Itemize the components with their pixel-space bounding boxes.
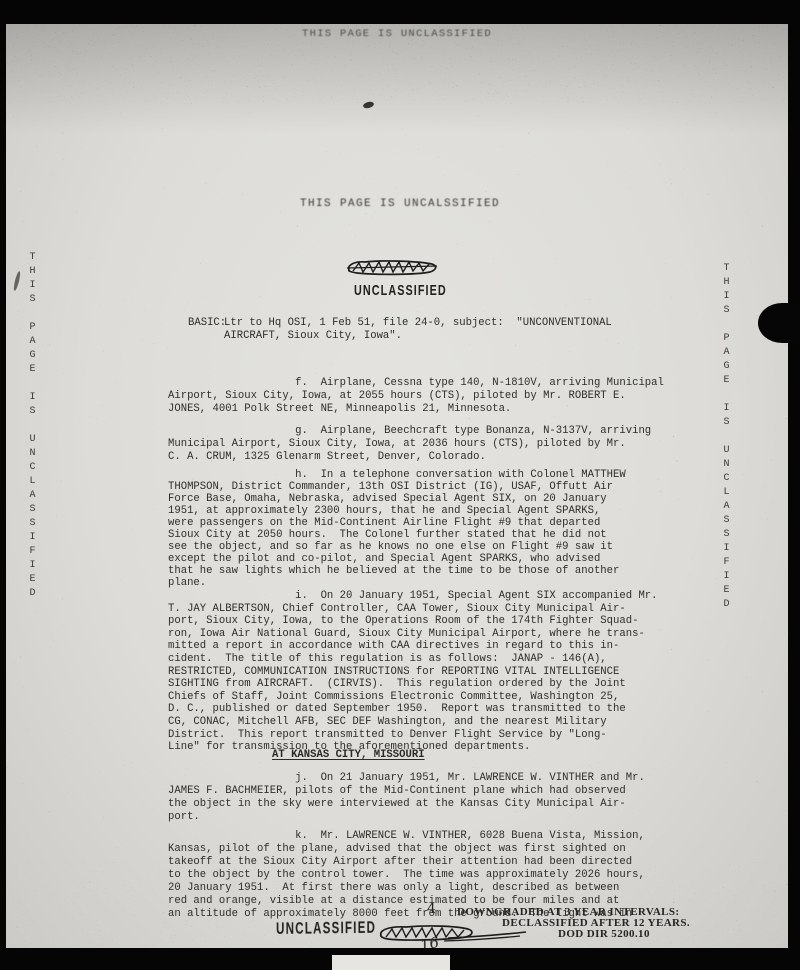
paragraph-f: f. Airplane, Cessna type 140, N-1810V, a… [168,377,664,416]
ink-scribble-top [345,257,441,279]
paragraph-i: i. On 20 January 1951, Special Agent SIX… [168,590,658,754]
right-margin-vertical-label: THIS PAGE IS UNCLASSIFIED [721,263,732,613]
basic-reference-label: BASIC: [188,317,226,330]
handwritten-mark-top: 4 [427,901,436,917]
unclassified-stamp: UNCLASSIFIED [354,282,447,299]
ink-scribble-bottom [378,923,530,947]
basic-reference-text: Ltr to Hq OSI, 1 Feb 51, file 24-0, subj… [224,317,612,343]
scan-border-left [0,0,6,970]
paragraph-h: h. In a telephone conversation with Colo… [168,469,626,589]
edge-ink-streak [13,271,22,291]
page-header-note: THIS PAGE IS UNCALSSIFIED [300,198,500,210]
ink-smudge [362,101,374,109]
section-heading-kansas-city: AT KANSAS CITY, MISSOURI [272,749,425,762]
scan-top-shading [6,24,788,134]
right-edge-ink-blob [758,303,800,343]
document-page: THIS PAGE IS UNCLASSIFIED THIS PAGE IS U… [6,24,788,950]
paragraph-g: g. Airplane, Beechcraft type Bonanza, N-… [168,425,651,464]
paragraph-j: j. On 21 January 1951, Mr. LAWRENCE W. V… [168,772,645,824]
top-banner: THIS PAGE IS UNCLASSIFIED [302,28,492,40]
scan-border-top [0,0,800,24]
left-margin-vertical-label: THIS PAGE IS UNCLASSIFIED [27,252,38,602]
bottom-unclassified-stamp: UNCLASSIFIED [276,918,376,939]
bottom-film-notch [332,955,450,970]
scan-border-right [788,0,800,970]
downgrade-notice-line3: DOD DIR 5200.10 [558,928,650,940]
scanned-document: THIS PAGE IS UNCLASSIFIED THIS PAGE IS U… [0,0,800,970]
